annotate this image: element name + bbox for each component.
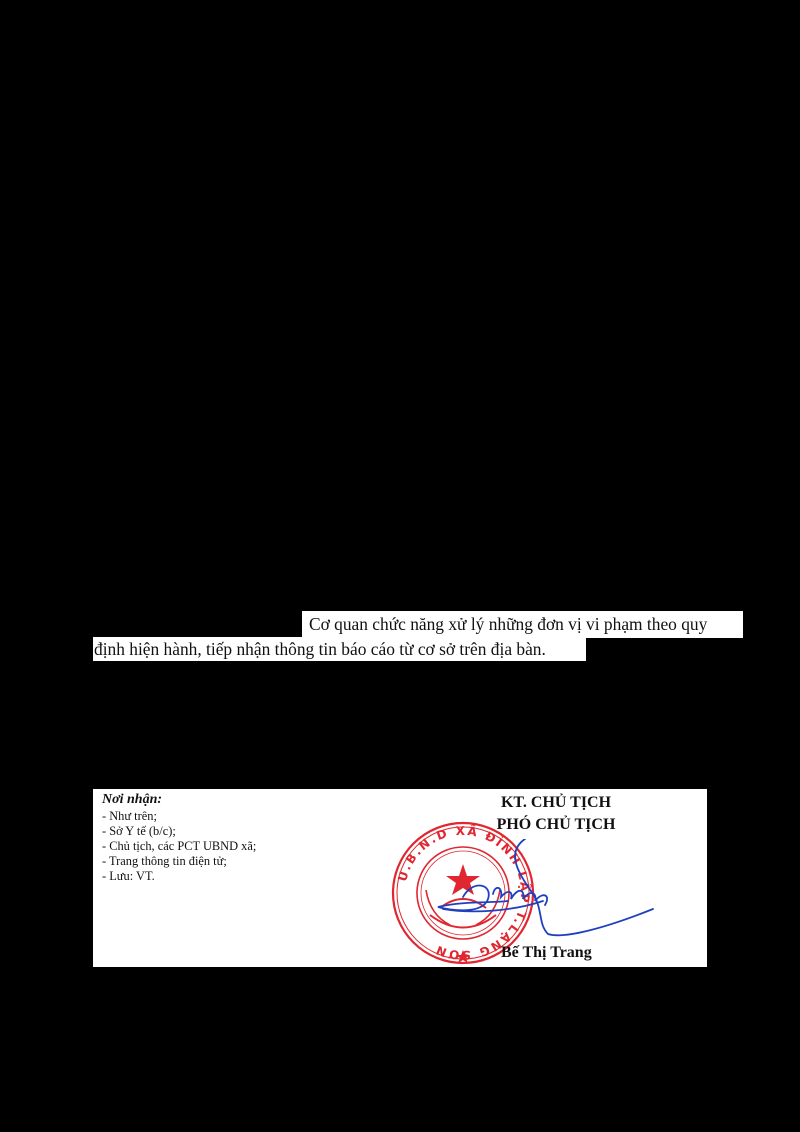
recipient-item: - Chủ tịch, các PCT UBND xã; bbox=[102, 839, 256, 854]
signature-block: Nơi nhận: - Như trên; - Sở Y tế (b/c); -… bbox=[93, 789, 707, 967]
recipients-list: Nơi nhận: - Như trên; - Sở Y tế (b/c); -… bbox=[102, 792, 256, 884]
signer-position-line-1: KT. CHỦ TỊCH bbox=[471, 792, 641, 814]
body-text-line-2: định hiện hành, tiếp nhận thông tin báo … bbox=[93, 637, 586, 661]
handwritten-signature-icon bbox=[433, 839, 663, 949]
signer-name: Bế Thị Trang bbox=[501, 942, 592, 964]
recipients-title: Nơi nhận: bbox=[102, 792, 256, 808]
recipient-item: - Sở Y tế (b/c); bbox=[102, 824, 256, 839]
recipient-item: - Trang thông tin điện tử; bbox=[102, 854, 256, 869]
recipient-item: - Như trên; bbox=[102, 809, 256, 824]
recipient-item: - Lưu: VT. bbox=[102, 869, 256, 884]
body-text-line-1: Cơ quan chức năng xử lý những đơn vị vi … bbox=[302, 611, 743, 638]
